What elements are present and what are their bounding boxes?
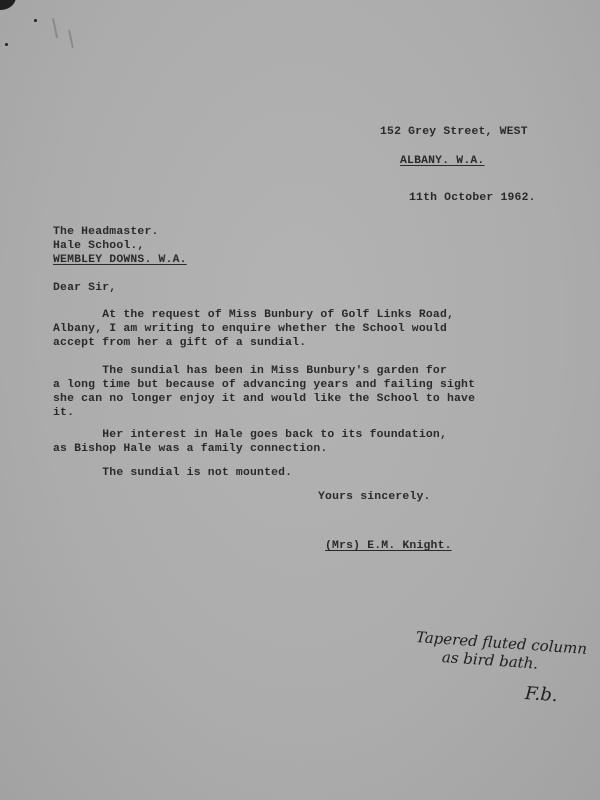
body-line: At the request of Miss Bunbury of Golf L… [53, 309, 454, 321]
paper-speck [5, 43, 8, 46]
handwritten-initials: F.b. [524, 683, 558, 706]
recipient-line3: WEMBLEY DOWNS. W.A. [53, 254, 187, 266]
paper-mark [52, 18, 58, 38]
body-line: it. [53, 407, 74, 419]
recipient-line2: Hale School., [53, 240, 144, 252]
recipient-line1: The Headmaster. [53, 226, 159, 238]
sender-town: ALBANY. W.A. [400, 155, 484, 167]
body-line: Her interest in Hale goes back to its fo… [53, 429, 447, 441]
signature: (Mrs) E.M. Knight. [325, 540, 452, 552]
letter-date: 11th October 1962. [409, 192, 536, 204]
body-line: The sundial is not mounted. [53, 467, 292, 479]
page-corner-shadow [0, 0, 16, 10]
closing: Yours sincerely. [318, 491, 431, 503]
body-line: a long time but because of advancing yea… [53, 379, 475, 391]
salutation: Dear Sir, [53, 282, 116, 294]
body-line: The sundial has been in Miss Bunbury's g… [53, 365, 447, 377]
paper-speck [34, 19, 37, 22]
paper-mark [68, 30, 74, 48]
letter-page: 152 Grey Street, WEST ALBANY. W.A. 11th … [0, 0, 600, 800]
sender-street: 152 Grey Street, WEST [380, 126, 528, 138]
body-line: as Bishop Hale was a family connection. [53, 443, 327, 455]
body-line: she can no longer enjoy it and would lik… [53, 393, 475, 405]
body-line: accept from her a gift of a sundial. [53, 337, 306, 349]
body-line: Albany, I am writing to enquire whether … [53, 323, 447, 335]
